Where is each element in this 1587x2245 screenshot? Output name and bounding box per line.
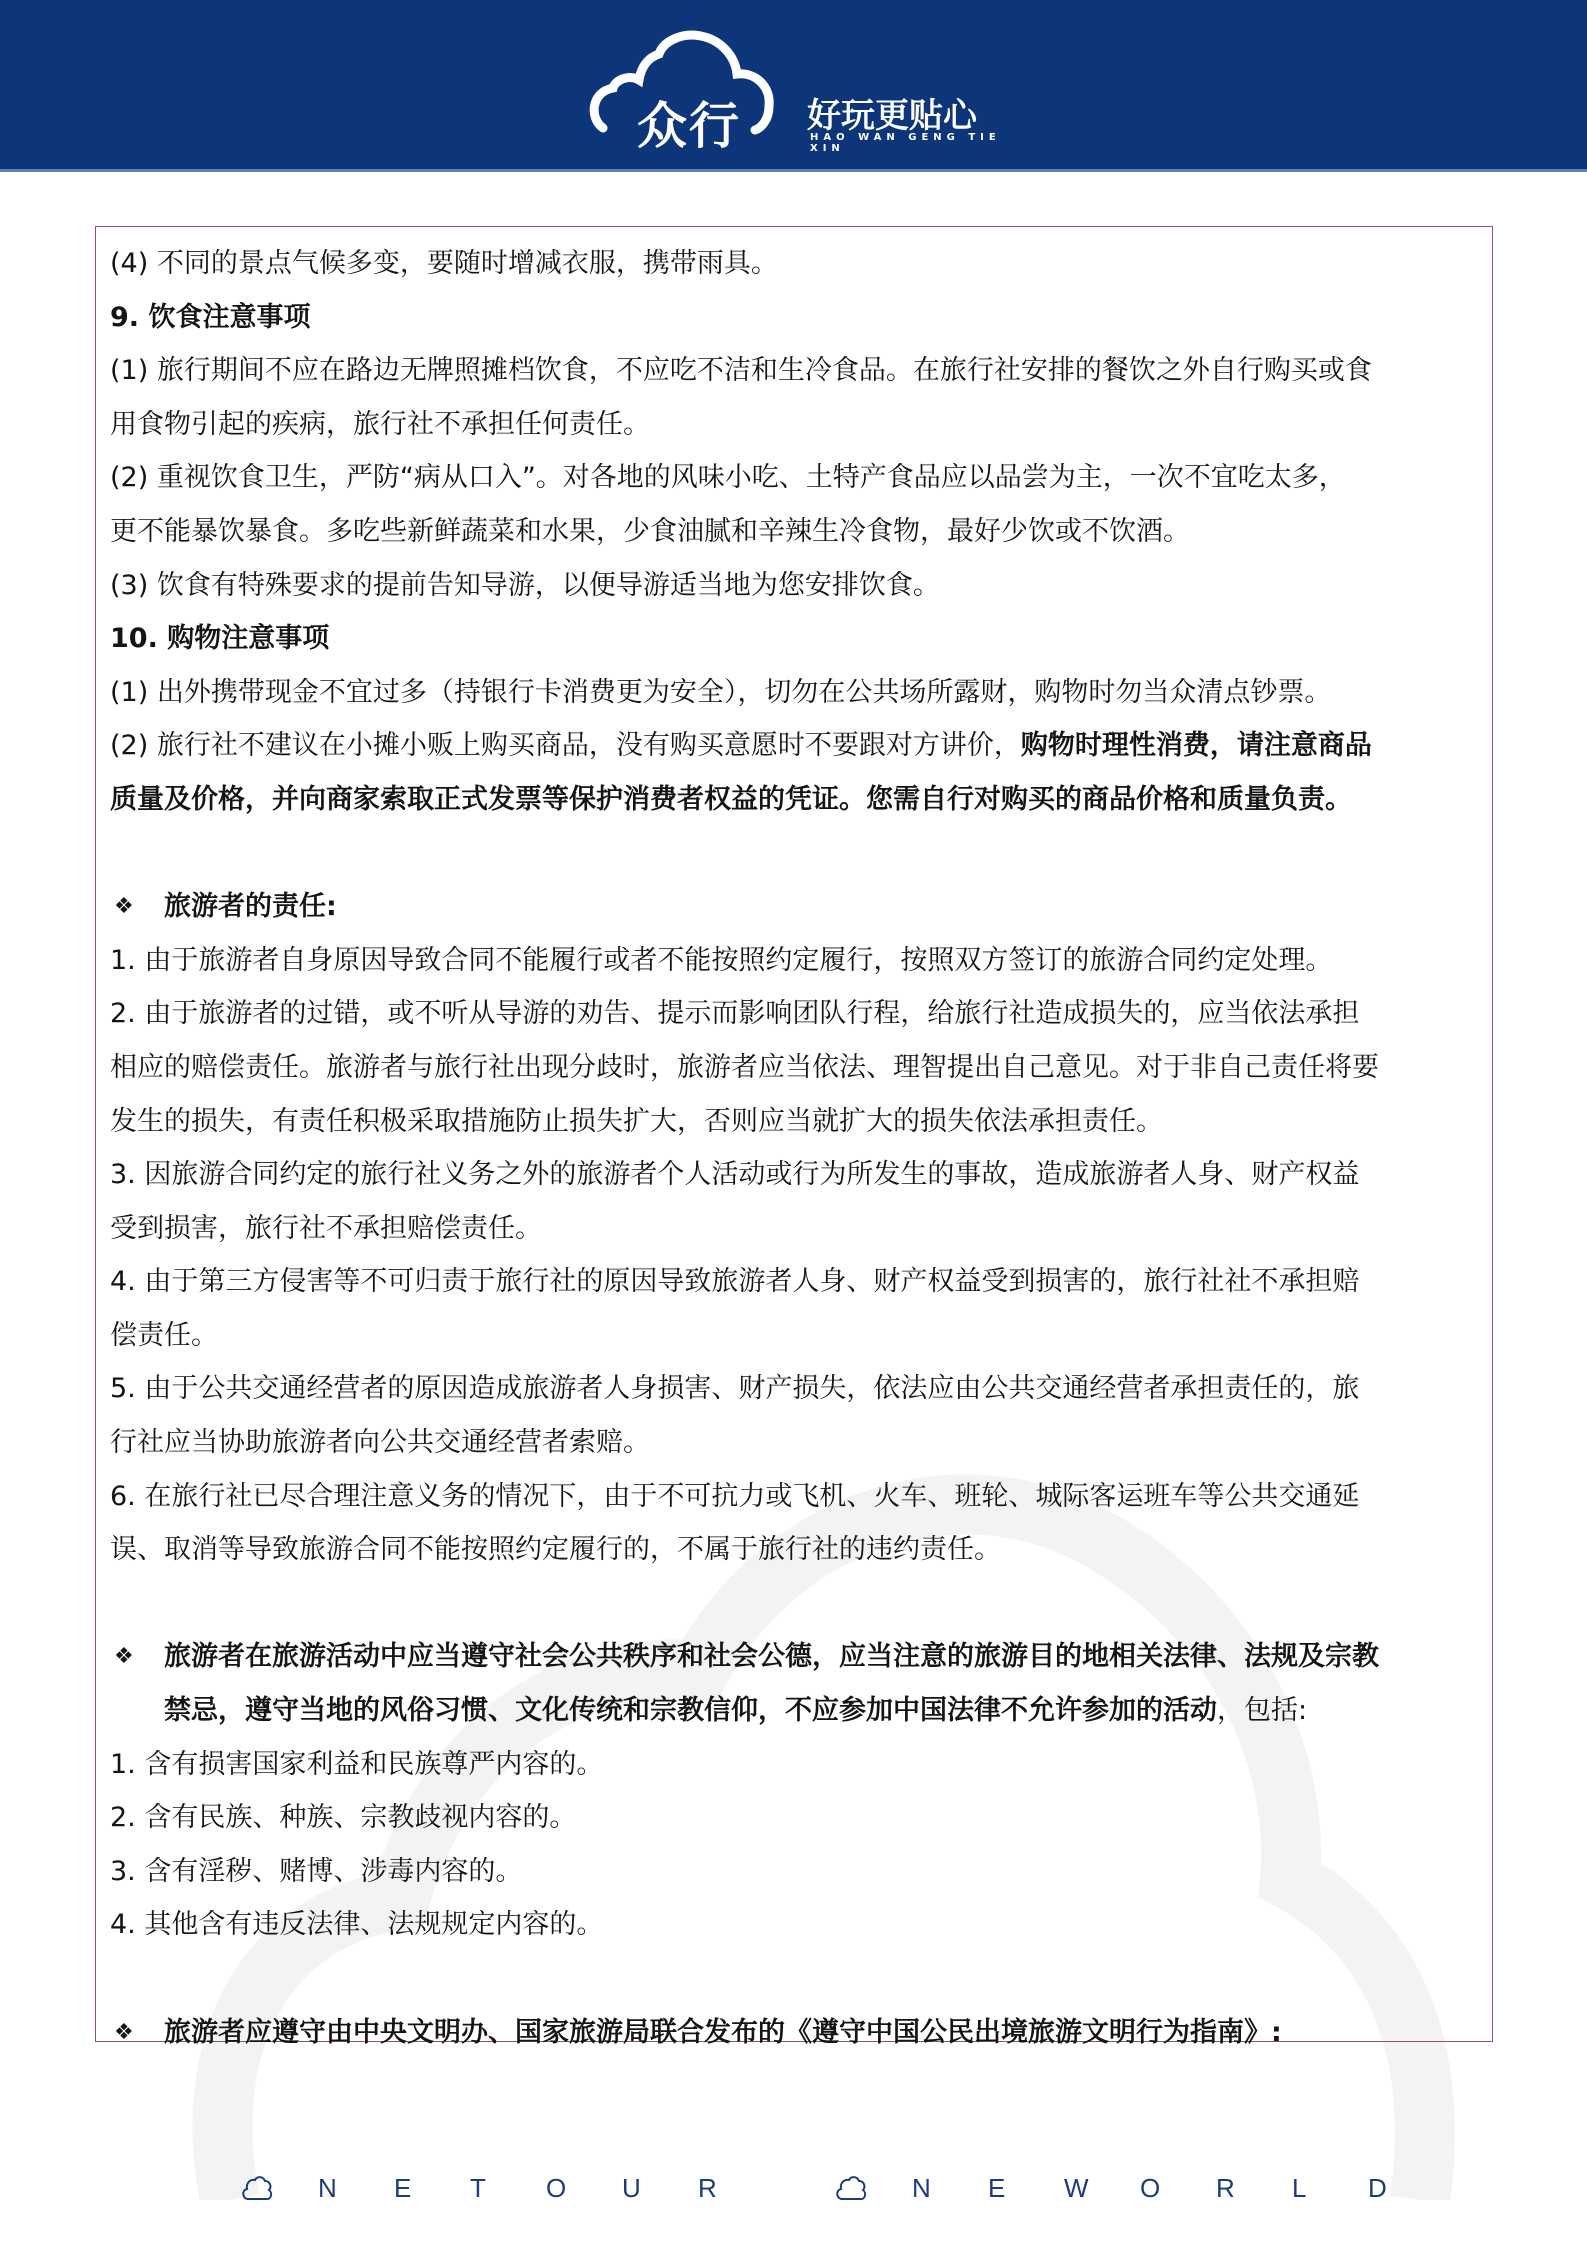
spacer [110, 827, 1478, 881]
spacer [110, 1952, 1478, 2006]
list-item: 3. 因旅游合同约定的旅行社义务之外的旅游者个人活动或行为所发生的事故，造成旅游… [110, 1148, 1478, 1202]
diamond-bullet-icon: ❖ [110, 2006, 164, 2060]
list-item: 受到损害，旅行社不承担赔偿责任。 [110, 1202, 1478, 1256]
page-footer: N E T O U R N E W O R L D [240, 2168, 1380, 2208]
list-item: 误、取消等导致旅游合同不能按照约定履行的，不属于旅行社的违约责任。 [110, 1523, 1478, 1577]
paragraph-line: (2) 旅行社不建议在小摊小贩上购买商品，没有购买意愿时不要跟对方讲价，购物时理… [110, 719, 1478, 773]
guide-heading: ❖ 旅游者应遵守由中央文明办、国家旅游局联合发布的《遵守中国公民出境旅游文明行为… [110, 2006, 1478, 2060]
paragraph-line: 更不能暴饮暴食。多吃些新鲜蔬菜和水果，少食油腻和辛辣生冷食物，最好少饮或不饮酒。 [110, 505, 1478, 559]
brand-slogan: 好玩更贴心 [807, 88, 977, 137]
footer-letter: O [1140, 2173, 1216, 2204]
page-header: 众行 好玩更贴心 HAO WAN GENG TIE XIN [0, 0, 1587, 172]
paragraph-line: 用食物引起的疾病，旅行社不承担任何责任。 [110, 398, 1478, 452]
footer-onetour: N E T O U R [240, 2173, 774, 2204]
list-item: 行社应当协助旅游者向公共交通经营者索赔。 [110, 1416, 1478, 1470]
footer-letter: T [470, 2173, 546, 2204]
cloud-o-icon [834, 2173, 868, 2203]
footer-neworld: N E W O R L D [834, 2173, 1444, 2204]
heading-text: 禁忌，遵守当地的风俗习惯、文化传统和宗教信仰，不应参加中国法律不允许参加的活动 [164, 1695, 1217, 1726]
cloud-o-icon [240, 2173, 274, 2203]
list-item: 3. 含有淫秽、赌博、涉毒内容的。 [110, 1845, 1478, 1899]
weather-tip-line: (4) 不同的景点气候多变，要随时增减衣服，携带雨具。 [110, 237, 1478, 291]
conduct-heading: ❖ 旅游者在旅游活动中应当遵守社会公共秩序和社会公德，应当注意的旅游目的地相关法… [110, 1630, 1478, 1684]
brand-slogan-pinyin: HAO WAN GENG TIE XIN [810, 132, 1005, 154]
footer-letter: R [1216, 2173, 1292, 2204]
footer-letter: E [988, 2173, 1064, 2204]
list-item: 相应的赔偿责任。旅游者与旅行社出现分歧时，旅游者应当依法、理智提出自己意见。对于… [110, 1041, 1478, 1095]
section-heading-shopping: 10. 购物注意事项 [110, 612, 1478, 666]
footer-letter: W [1064, 2173, 1140, 2204]
footer-letter: E [394, 2173, 470, 2204]
brand-logo: 众行 好玩更贴心 HAO WAN GENG TIE XIN [585, 28, 1005, 148]
content-frame: (4) 不同的景点气候多变，要随时增减衣服，携带雨具。 9. 饮食注意事项 (1… [95, 226, 1493, 2042]
footer-letter: N [318, 2173, 394, 2204]
paragraph-line: (2) 重视饮食卫生，严防“病从口入”。对各地的风味小吃、土特产食品应以品尝为主… [110, 451, 1478, 505]
list-item: 1. 由于旅游者自身原因导致合同不能履行或者不能按照约定履行，按照双方签订的旅游… [110, 934, 1478, 988]
footer-letter: R [698, 2173, 774, 2204]
diamond-bullet-icon: ❖ [110, 1630, 164, 1684]
paragraph-text: (2) 旅行社不建议在小摊小贩上购买商品，没有购买意愿时不要跟对方讲价， [110, 730, 1021, 761]
footer-letter: L [1292, 2173, 1368, 2204]
footer-letter: D [1368, 2173, 1444, 2204]
heading-text: 旅游者的责任: [164, 880, 337, 934]
list-item: 偿责任。 [110, 1309, 1478, 1363]
footer-letter: O [546, 2173, 622, 2204]
footer-letter: U [622, 2173, 698, 2204]
list-item: 2. 含有民族、种族、宗教歧视内容的。 [110, 1791, 1478, 1845]
section-heading-dining: 9. 饮食注意事项 [110, 291, 1478, 345]
list-item: 1. 含有损害国家利益和民族尊严内容的。 [110, 1738, 1478, 1792]
list-item: 5. 由于公共交通经营者的原因造成旅游者人身损害、财产损失，依法应由公共交通经营… [110, 1362, 1478, 1416]
spacer [110, 1577, 1478, 1631]
list-item: 4. 由于第三方侵害等不可归责于旅行社的原因导致旅游者人身、财产权益受到损害的，… [110, 1255, 1478, 1309]
footer-letter: N [912, 2173, 988, 2204]
paragraph-line: (1) 出外携带现金不宜过多（持银行卡消费更为安全），切勿在公共场所露财，购物时… [110, 666, 1478, 720]
paragraph-line: (1) 旅行期间不应在路边无牌照摊档饮食，不应吃不洁和生冷食品。在旅行社安排的餐… [110, 344, 1478, 398]
list-item: 6. 在旅行社已尽合理注意义务的情况下，由于不可抗力或飞机、火车、班轮、城际客运… [110, 1470, 1478, 1524]
emphasis-text: 购物时理性消费，请注意商品 [1021, 730, 1372, 761]
conduct-heading-continued: 禁忌，遵守当地的风俗习惯、文化传统和宗教信仰，不应参加中国法律不允许参加的活动，… [110, 1684, 1478, 1738]
heading-text: 旅游者在旅游活动中应当遵守社会公共秩序和社会公德，应当注意的旅游目的地相关法律、… [164, 1630, 1379, 1684]
brand-name: 众行 [637, 86, 741, 158]
diamond-bullet-icon: ❖ [110, 880, 164, 934]
responsibility-heading: ❖ 旅游者的责任: [110, 880, 1478, 934]
list-item: 2. 由于旅游者的过错，或不听从导游的劝告、提示而影响团队行程，给旅行社造成损失… [110, 987, 1478, 1041]
paragraph-line: (3) 饮食有特殊要求的提前告知导游，以便导游适当地为您安排饮食。 [110, 559, 1478, 613]
emphasis-line: 质量及价格，并向商家索取正式发票等保护消费者权益的凭证。您需自行对购买的商品价格… [110, 773, 1478, 827]
heading-tail: ，包括: [1217, 1695, 1307, 1726]
heading-text: 旅游者应遵守由中央文明办、国家旅游局联合发布的《遵守中国公民出境旅游文明行为指南… [164, 2006, 1282, 2060]
list-item: 发生的损失，有责任积极采取措施防止损失扩大，否则应当就扩大的损失依法承担责任。 [110, 1095, 1478, 1149]
list-item: 4. 其他含有违反法律、法规规定内容的。 [110, 1898, 1478, 1952]
